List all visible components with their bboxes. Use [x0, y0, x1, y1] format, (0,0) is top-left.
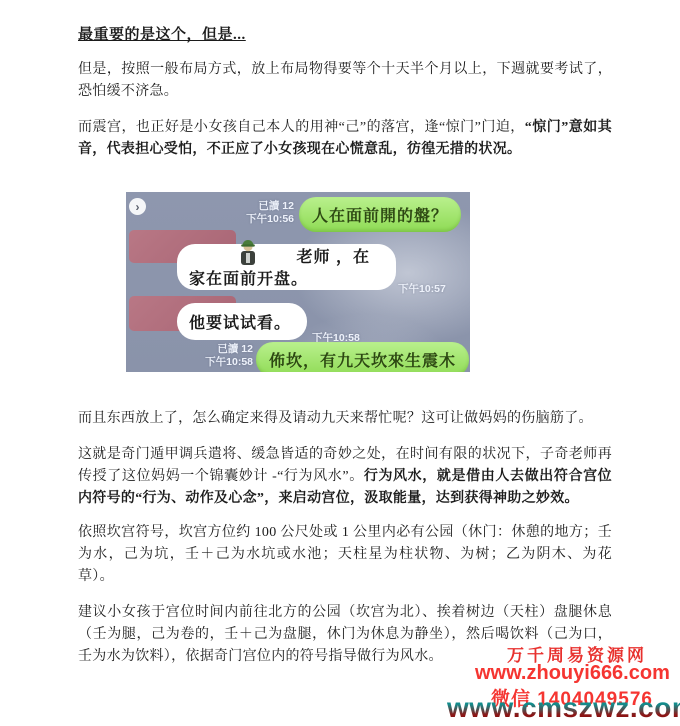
timestamp: 下午10:57 [398, 281, 446, 296]
chat-bubble-incoming: 他要试试看。 [177, 303, 307, 340]
message-2-text-line2: 家在面前开盘。 [189, 269, 384, 290]
watermark-url-cmszwz: www.cmszwz.com [447, 692, 680, 724]
paragraph-2-text: 而震宫，也正好是小女孩自己本人的用神“己”的落宫，逢“惊门”门迫， [78, 120, 525, 135]
message-4-text: 佈坎，有九天坎來生震木 [269, 353, 456, 370]
message-3-text: 他要试试看。 [189, 315, 291, 332]
read-receipt: 已讀 12 [173, 343, 253, 356]
page-title: 最重要的是这个，但是... [78, 25, 612, 45]
chat-bubble-incoming: 老师 ，在 家在面前开盘。 [177, 244, 396, 290]
chat-screenshot-image: › 已讀 12 下午10:56 人在面前開的盤？ 老师 ，在 家在面前开盘。 下… [126, 192, 470, 372]
paragraph-6: 建议小女孩于宫位时间内前往北方的公园（坎宫为北）、挨着树边（天柱）盘腿休息（壬为… [78, 602, 612, 668]
chat-bubble-outgoing: 佈坎，有九天坎來生震木 [256, 342, 469, 372]
message-2-text-line1: 老师 ，在 [189, 247, 384, 269]
paragraph-5-text: 依照坎宫符号，坎宫方位约 100 公尺处或 1 公里内必有公园（休门：休憩的地方… [78, 525, 612, 584]
watermark-wechat-id: 微信 1404049576 [491, 684, 653, 711]
back-chevron-icon: › [129, 198, 146, 215]
message-1-meta: 已讀 12 下午10:56 [204, 200, 294, 226]
timestamp: 下午10:58 [173, 356, 253, 369]
timestamp: 下午10:56 [204, 213, 294, 226]
person-sticker-icon [238, 238, 258, 270]
document-screenshot: { "document": { "title": "最重要的是这个，但是..."… [0, 0, 680, 726]
paragraph-6-text: 建议小女孩于宫位时间内前往北方的公园（坎宫为北）、挨着树边（天柱）盘腿休息（壬为… [78, 605, 612, 664]
paragraph-3-text: 而且东西放上了，怎么确定来得及请动九天来帮忙呢？这可让做妈妈的伤脑筋了。 [78, 411, 593, 426]
paragraph-2: 而震宫，也正好是小女孩自己本人的用神“己”的落宫，逢“惊门”门迫，“惊门”意如其… [78, 117, 612, 161]
chat-bubble-outgoing: 人在面前開的盤？ [299, 197, 461, 232]
paragraph-4: 这就是奇门遁甲调兵遣将、缓急皆适的奇妙之处，在时间有限的状况下，子奇老师再传授了… [78, 444, 612, 510]
paragraph-3: 而且东西放上了，怎么确定来得及请动九天来帮忙呢？这可让做妈妈的伤脑筋了。 [78, 408, 612, 430]
read-receipt: 已讀 12 [204, 200, 294, 213]
message-1-text: 人在面前開的盤？ [312, 208, 448, 225]
document-page: 最重要的是这个，但是... 但是，按照一般布局方式，放上布局物得要等个十天半个月… [0, 0, 680, 668]
paragraph-5: 依照坎宫符号，坎宫方位约 100 公尺处或 1 公里内必有公园（休门：休憩的地方… [78, 522, 612, 588]
paragraph-1: 但是，按照一般布局方式，放上布局物得要等个十天半个月以上，下週就要考试了，恐怕缓… [78, 59, 612, 103]
paragraph-1-text: 但是，按照一般布局方式，放上布局物得要等个十天半个月以上，下週就要考试了，恐怕缓… [78, 62, 612, 99]
message-4-meta: 已讀 12 下午10:58 [173, 343, 253, 369]
